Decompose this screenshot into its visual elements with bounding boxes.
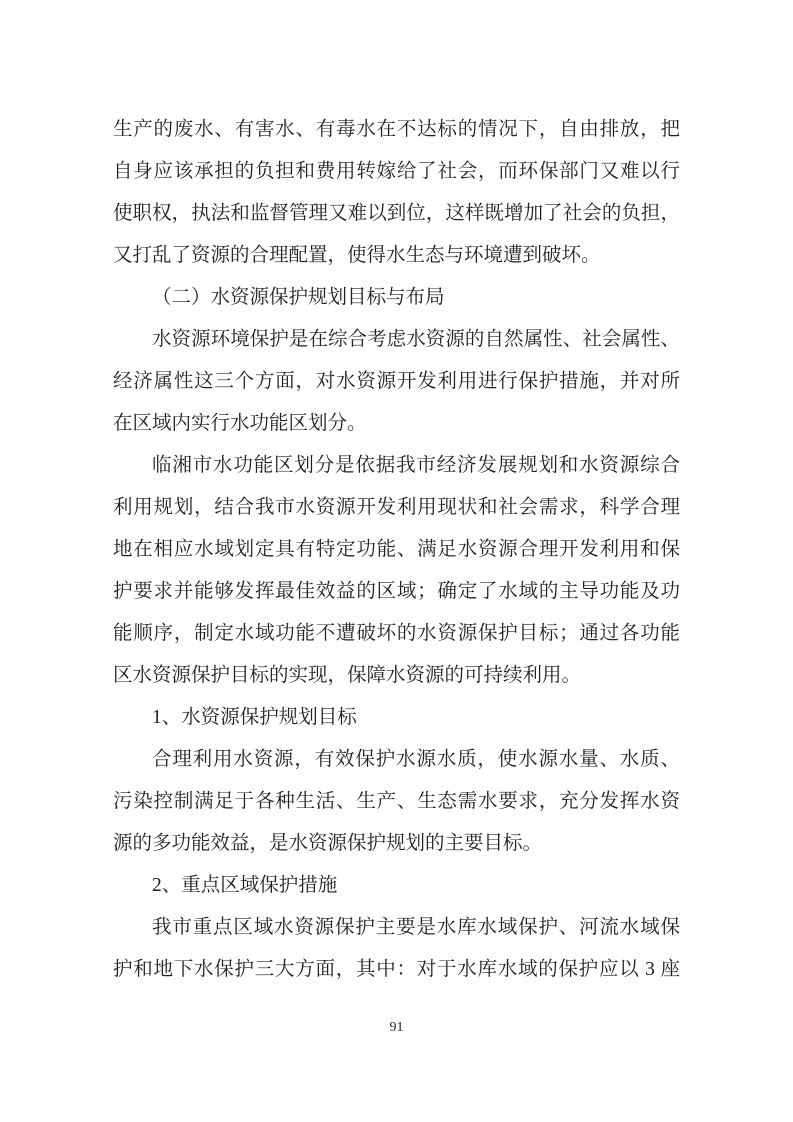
text-line: 经济属性这三个方面，对水资源开发利用进行保护措施，并对所 [113, 361, 680, 403]
text-line: 区水资源保护目标的实现，保障水资源的可持续利用。 [113, 655, 680, 697]
text-line: 又打乱了资源的合理配置，使得水生态与环境遭到破坏。 [113, 235, 680, 277]
text-line: 水资源环境保护是在综合考虑水资源的自然属性、社会属性、 [113, 319, 680, 361]
paragraph: 我市重点区域水资源保护主要是水库水域保护、河流水域保 护和地下水保护三大方面，其… [113, 907, 680, 991]
text-line: 我市重点区域水资源保护主要是水库水域保护、河流水域保 [113, 907, 680, 949]
text-line: 临湘市水功能区划分是依据我市经济发展规划和水资源综合 [113, 445, 680, 487]
paragraph: （二）水资源保护规划目标与布局 [113, 277, 680, 319]
text-line: 生产的废水、有害水、有毒水在不达标的情况下，自由排放，把 [113, 109, 680, 151]
numbered-heading: 2、重点区域保护措施 [113, 865, 680, 907]
text-line: 在区域内实行水功能区划分。 [113, 403, 680, 445]
paragraph: 2、重点区域保护措施 [113, 865, 680, 907]
text-line: 能顺序，制定水域功能不遭破坏的水资源保护目标；通过各功能 [113, 613, 680, 655]
text-line: 护要求并能够发挥最佳效益的区域；确定了水域的主导功能及功 [113, 571, 680, 613]
text-line: 使职权，执法和监督管理又难以到位，这样既增加了社会的负担， [113, 193, 680, 235]
text-line: 合理利用水资源，有效保护水源水质，使水源水量、水质、 [113, 739, 680, 781]
paragraph: 生产的废水、有害水、有毒水在不达标的情况下，自由排放，把 自身应该承担的负担和费… [113, 109, 680, 277]
paragraph: 水资源环境保护是在综合考虑水资源的自然属性、社会属性、 经济属性这三个方面，对水… [113, 319, 680, 445]
text-line: 地在相应水域划定具有特定功能、满足水资源合理开发利用和保 [113, 529, 680, 571]
text-content-area: 生产的废水、有害水、有毒水在不达标的情况下，自由排放，把 自身应该承担的负担和费… [113, 109, 680, 991]
text-line: 护和地下水保护三大方面，其中：对于水库水域的保护应以 3 座 [113, 949, 680, 991]
paragraph: 1、水资源保护规划目标 [113, 697, 680, 739]
text-line: 源的多功能效益，是水资源保护规划的主要目标。 [113, 823, 680, 865]
paragraph: 合理利用水资源，有效保护水源水质，使水源水量、水质、 污染控制满足于各种生活、生… [113, 739, 680, 865]
numbered-heading: 1、水资源保护规划目标 [113, 697, 680, 739]
text-line: 自身应该承担的负担和费用转嫁给了社会，而环保部门又难以行 [113, 151, 680, 193]
page-number: 91 [0, 1020, 793, 1036]
section-heading: （二）水资源保护规划目标与布局 [113, 277, 680, 319]
text-line: 污染控制满足于各种生活、生产、生态需水要求，充分发挥水资 [113, 781, 680, 823]
paragraph: 临湘市水功能区划分是依据我市经济发展规划和水资源综合 利用规划，结合我市水资源开… [113, 445, 680, 697]
document-page: 生产的废水、有害水、有毒水在不达标的情况下，自由排放，把 自身应该承担的负担和费… [0, 0, 793, 1122]
text-line: 利用规划，结合我市水资源开发利用现状和社会需求，科学合理 [113, 487, 680, 529]
